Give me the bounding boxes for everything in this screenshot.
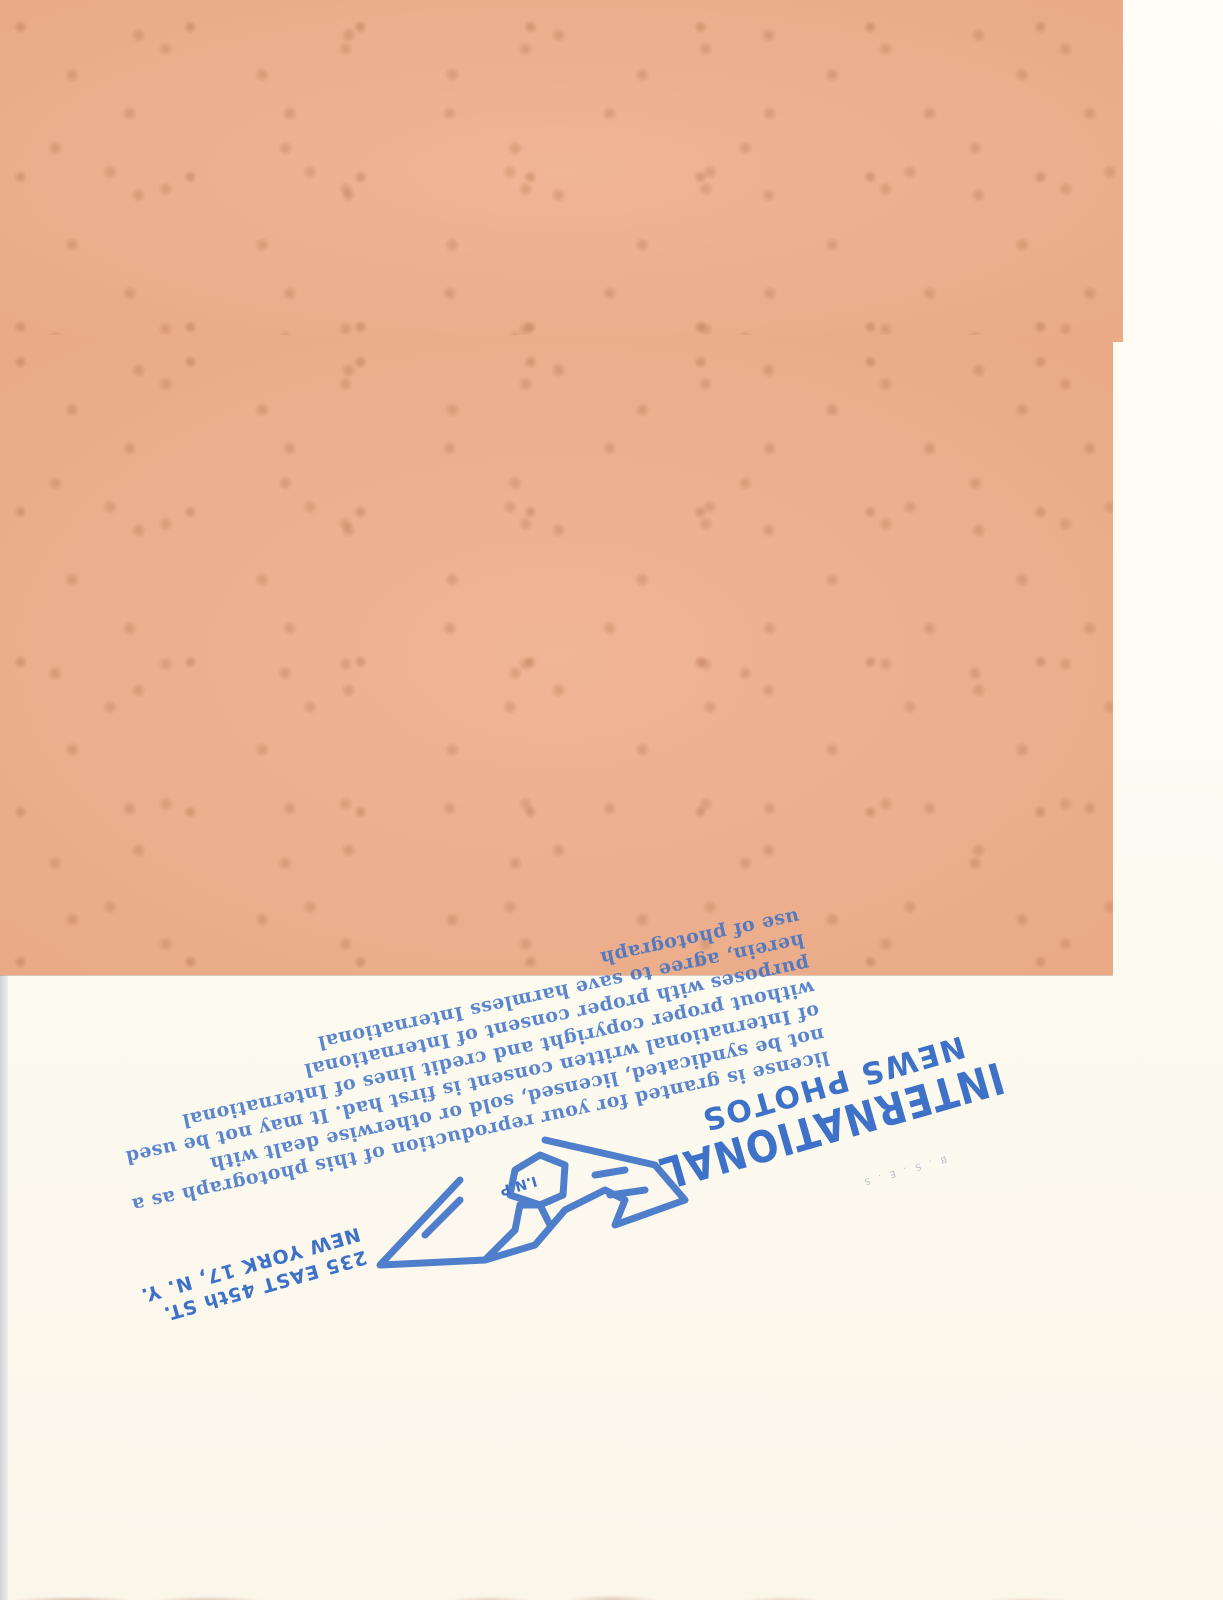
bottom-edge-stain — [0, 1530, 1223, 1600]
caption-overlay-paper-top — [0, 0, 1123, 342]
photo-left-edge — [0, 975, 8, 1600]
caption-overlay-paper — [0, 335, 1113, 975]
inp-globe-hand-logo-icon: I.N.P — [365, 1110, 705, 1280]
logo-monogram: I.N.P — [498, 1172, 539, 1198]
